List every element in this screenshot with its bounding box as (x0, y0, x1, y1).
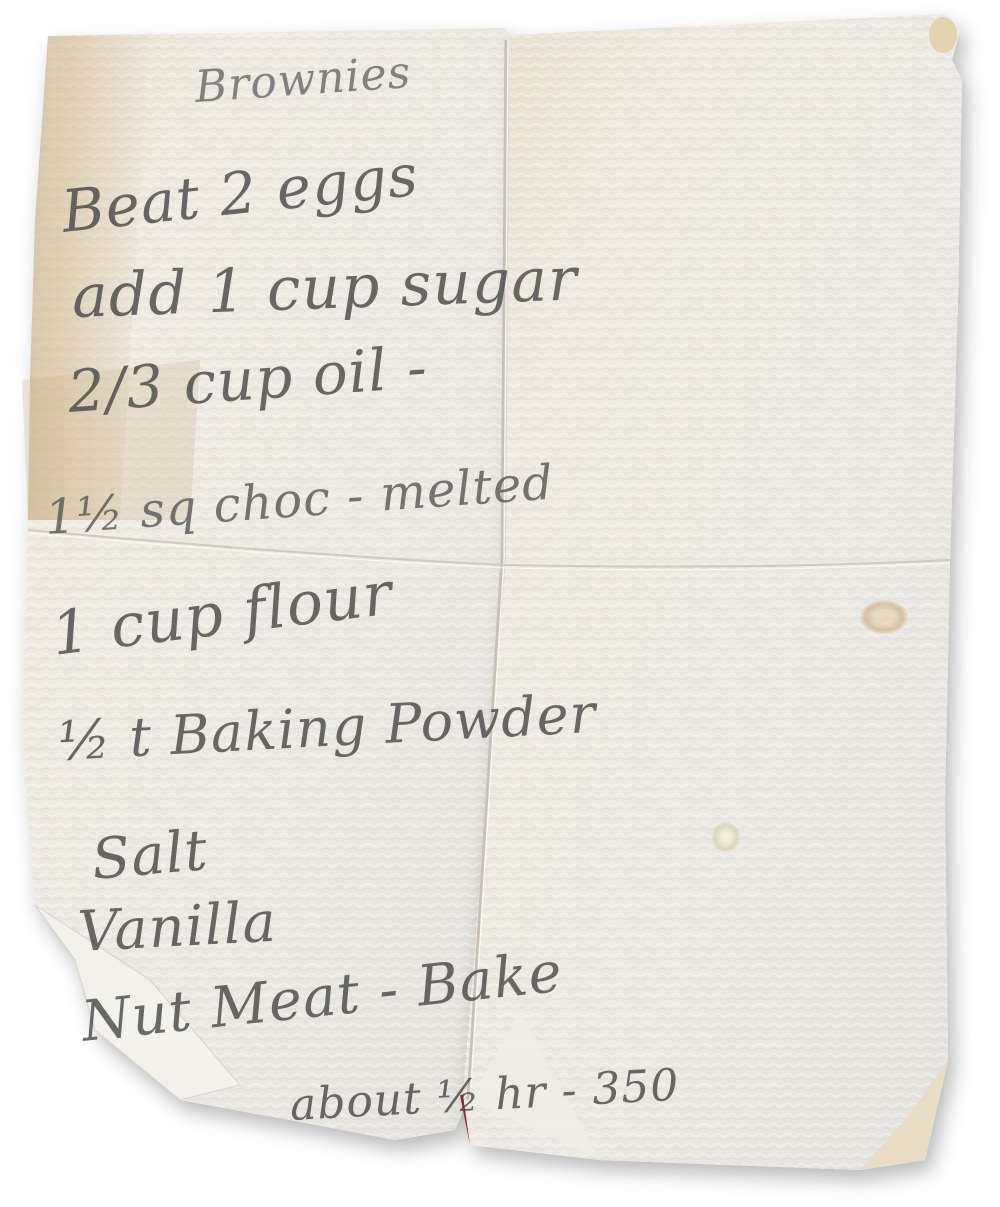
recipe-line: Vanilla (76, 890, 278, 965)
recipe-line: Salt (89, 818, 210, 893)
grease-spot (712, 822, 740, 852)
water-stain (860, 600, 908, 634)
